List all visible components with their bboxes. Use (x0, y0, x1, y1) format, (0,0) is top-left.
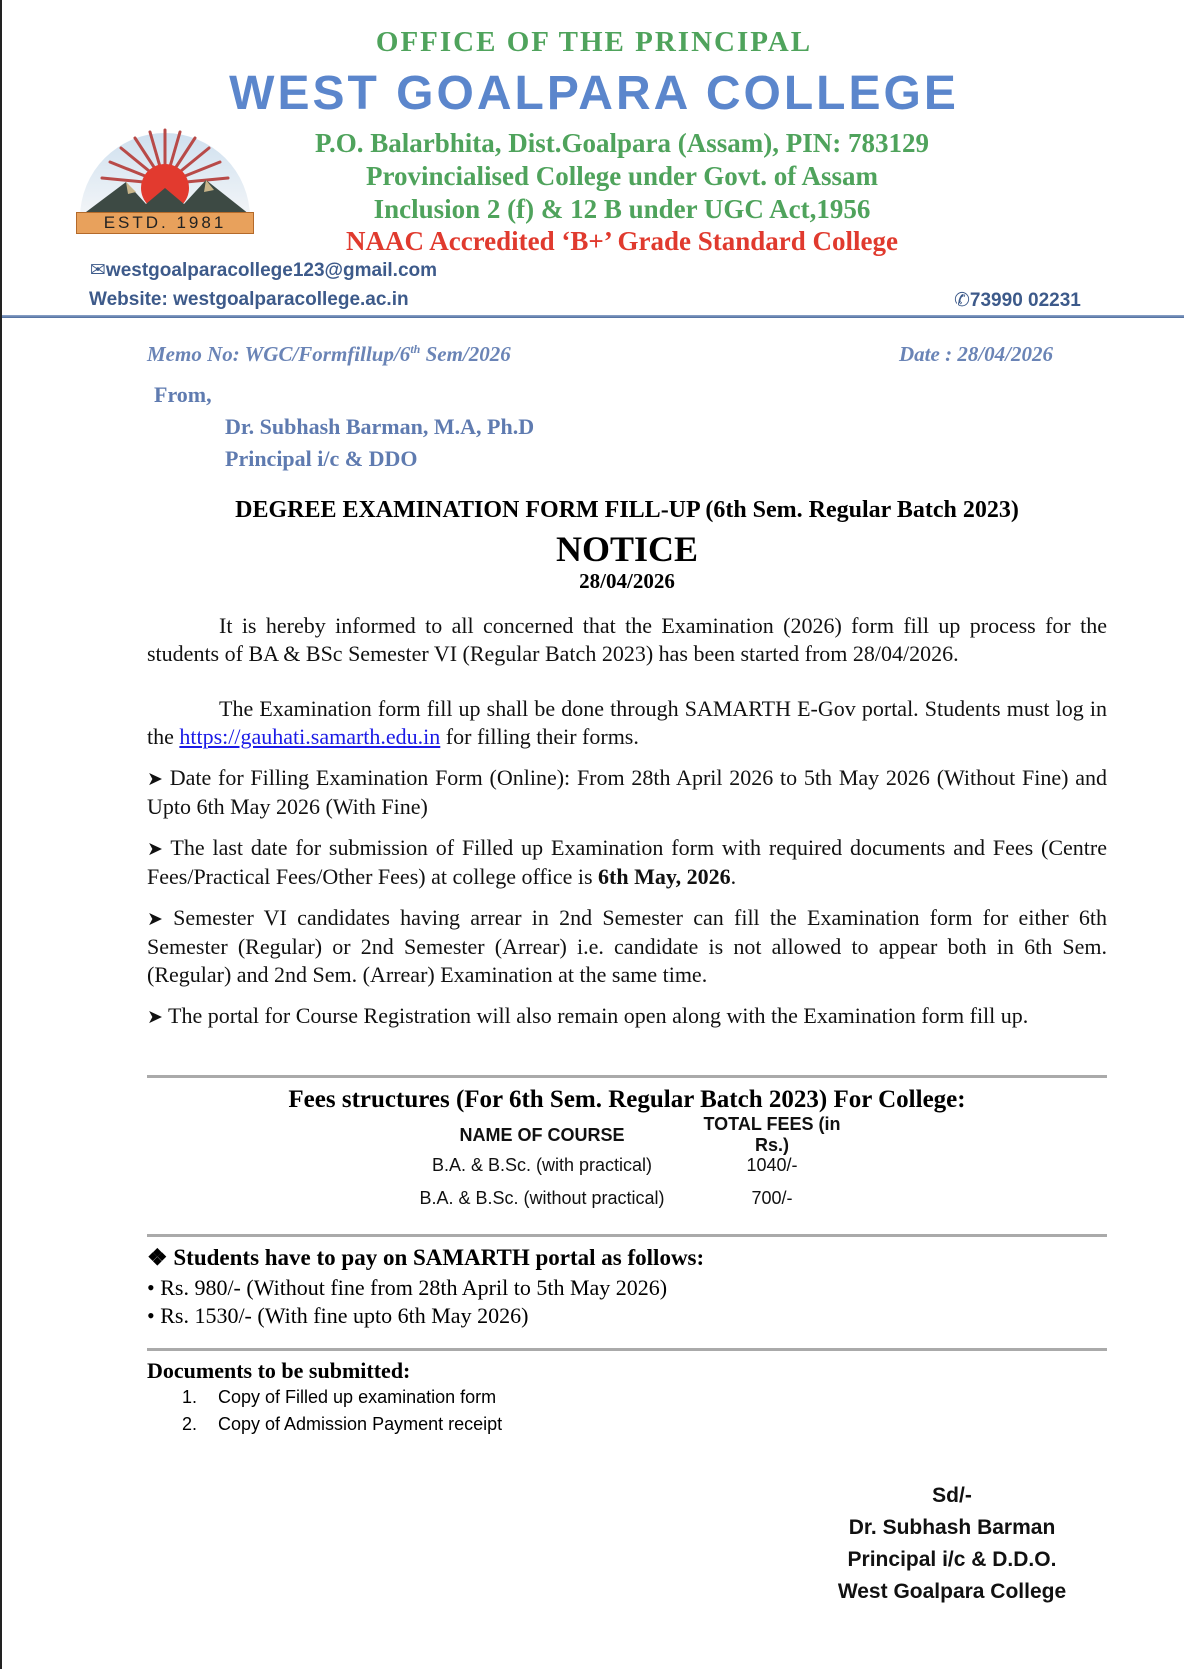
item-number: 1. (182, 1387, 218, 1408)
bullet-item: ➤ The last date for submission of Filled… (147, 834, 1107, 891)
college-name: WEST GOALPARA COLLEGE (2, 66, 1184, 121)
memo-date: Date : 28/04/2026 (899, 342, 1053, 367)
from-name: Dr. Subhash Barman, M.A, Ph.D (225, 414, 534, 440)
phone-contact: ✆73990 02231 (954, 289, 1081, 312)
section-divider (147, 1075, 1107, 1078)
course-name: B.A. & B.Sc. (with practical) (382, 1155, 702, 1176)
paragraph-text: for filling their forms. (440, 724, 639, 749)
signatory-name: Dr. Subhash Barman (802, 1516, 1102, 1540)
website-contact: Website: westgoalparacollege.ac.in (89, 289, 409, 311)
email-contact: ✉westgoalparacollege123@gmail.com (90, 259, 437, 282)
last-date-emphasis: 6th May, 2026 (598, 864, 731, 889)
bullet-text: . (731, 864, 737, 889)
bullet-item: ➤ Date for Filling Examination Form (Onl… (147, 764, 1107, 821)
naac-accreditation: NAAC Accredited ‘B+’ Grade Standard Coll… (222, 226, 1022, 257)
office-heading: OFFICE OF THE PRINCIPAL (2, 26, 1184, 59)
payment-item: • Rs. 1530/- (With fine upto 6th May 202… (147, 1303, 528, 1329)
memo-prefix: Memo No: WGC/Formfillup/6 (147, 342, 410, 366)
notice-paragraph: It is hereby informed to all concerned t… (147, 612, 1107, 668)
envelope-icon: ✉ (90, 260, 106, 281)
fees-title: Fees structures (For 6th Sem. Regular Ba… (2, 1086, 1184, 1114)
arrow-bullet-icon: ➤ (147, 908, 163, 930)
notice-page: OFFICE OF THE PRINCIPAL WEST GOALPARA CO… (0, 0, 1184, 1669)
item-number: 2. (182, 1414, 218, 1435)
email-address: westgoalparacollege123@gmail.com (106, 260, 437, 281)
phone-icon: ✆ (954, 290, 970, 311)
bullet-text: The portal for Course Registration will … (163, 1003, 1028, 1028)
payment-title: ❖ Students have to pay on SAMARTH portal… (147, 1245, 704, 1271)
bullet-item: ➤ The portal for Course Registration wil… (147, 1002, 1107, 1031)
section-divider (147, 1234, 1107, 1237)
notice-date: 28/04/2026 (2, 569, 1184, 594)
address-line: Provincialised College under Govt. of As… (222, 161, 1022, 192)
memo-number: Memo No: WGC/Formfillup/6th Sem/2026 (147, 342, 511, 367)
course-name: B.A. & B.Sc. (without practical) (382, 1188, 702, 1209)
fees-table-header: NAME OF COURSE TOTAL FEES (in Rs.) (382, 1121, 882, 1149)
bullet-item: ➤ Semester VI candidates having arrear i… (147, 904, 1107, 989)
signature-mark: Sd/- (802, 1484, 1102, 1508)
fees-table: NAME OF COURSE TOTAL FEES (in Rs.) B.A. … (382, 1121, 882, 1215)
letterhead-divider (2, 315, 1184, 318)
document-text: Copy of Filled up examination form (218, 1387, 496, 1407)
address-line: P.O. Balarbhita, Dist.Goalpara (Assam), … (222, 128, 1022, 159)
from-label: From, (154, 382, 212, 408)
section-divider (147, 1348, 1107, 1351)
column-header-fees: TOTAL FEES (in Rs.) (702, 1114, 842, 1156)
table-row: B.A. & B.Sc. (without practical) 700/- (382, 1182, 882, 1215)
samarth-portal-link[interactable]: https://gauhati.samarth.edu.in (179, 724, 440, 749)
bullet-text: Semester VI candidates having arrear in … (147, 905, 1107, 987)
documents-title: Documents to be submitted: (147, 1358, 410, 1384)
memo-superscript: th (410, 342, 420, 356)
payment-item: • Rs. 980/- (Without fine from 28th Apri… (147, 1275, 667, 1301)
arrow-bullet-icon: ➤ (147, 768, 163, 790)
course-fee: 1040/- (702, 1155, 842, 1176)
document-text: Copy of Admission Payment receipt (218, 1414, 502, 1434)
course-fee: 700/- (702, 1188, 842, 1209)
signatory-title: Principal i/c & D.D.O. (802, 1548, 1102, 1572)
address-line: Inclusion 2 (f) & 12 B under UGC Act,195… (222, 194, 1022, 225)
signatory-institution: West Goalpara College (802, 1580, 1102, 1604)
arrow-bullet-icon: ➤ (147, 1006, 163, 1028)
document-item: 2.Copy of Admission Payment receipt (182, 1414, 502, 1435)
document-item: 1.Copy of Filled up examination form (182, 1387, 496, 1408)
memo-suffix: Sem/2026 (420, 342, 510, 366)
phone-number: 73990 02231 (970, 290, 1081, 311)
diamond-bullet-icon: ❖ (147, 1245, 168, 1270)
payment-title-text: Students have to pay on SAMARTH portal a… (168, 1245, 705, 1270)
column-header-course: NAME OF COURSE (382, 1125, 702, 1146)
arrow-bullet-icon: ➤ (147, 838, 163, 860)
bullet-text: Date for Filling Examination Form (Onlin… (147, 765, 1107, 819)
from-title: Principal i/c & DDO (225, 446, 417, 472)
notice-subject: DEGREE EXAMINATION FORM FILL-UP (6th Sem… (2, 497, 1184, 524)
notice-paragraph: The Examination form fill up shall be do… (147, 695, 1107, 751)
notice-heading: NOTICE (2, 528, 1184, 570)
